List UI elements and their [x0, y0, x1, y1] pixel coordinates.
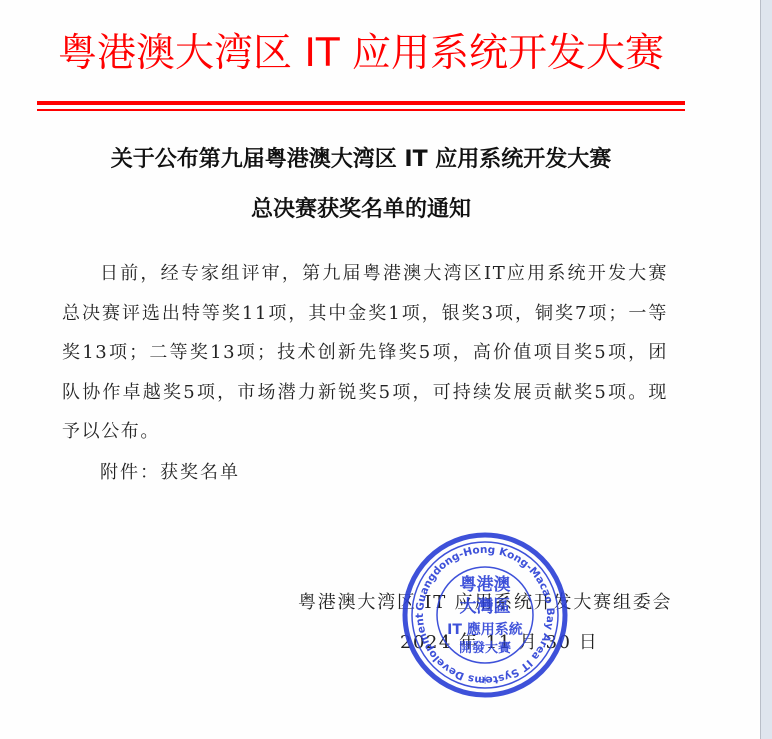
masthead-rule-thick: [37, 101, 685, 105]
stamp-center-line1: 粤港澳: [460, 574, 511, 595]
stamp-center-line2: 大灣區: [460, 596, 511, 617]
stamp-center-line3: IT 應用系統: [447, 621, 523, 638]
vertical-scrollbar[interactable]: [760, 0, 772, 739]
stamp-center-line4: 開發大賽: [459, 640, 512, 656]
notice-title-line2: 总决赛获奖名单的通知: [0, 192, 722, 223]
document-page: 粤港澳大湾区 IT 应用系统开发大赛 关于公布第九届粤港澳大湾区 IT 应用系统…: [0, 0, 760, 739]
stamp-star-icon: ✳: [480, 673, 490, 687]
notice-body: 日前，经专家组评审，第九届粤港澳大湾区IT应用系统开发大赛总决赛评选出特等奖11…: [62, 254, 668, 452]
masthead-rule-thin: [37, 109, 685, 111]
attachment-label: 附件：获奖名单: [100, 458, 240, 484]
official-seal-icon: Guangdong-Hong Kong-Macao Bay Area IT Sy…: [400, 530, 570, 700]
masthead-title: 粤港澳大湾区 IT 应用系统开发大赛: [0, 28, 722, 80]
notice-title-line1: 关于公布第九届粤港澳大湾区 IT 应用系统开发大赛: [0, 142, 722, 173]
